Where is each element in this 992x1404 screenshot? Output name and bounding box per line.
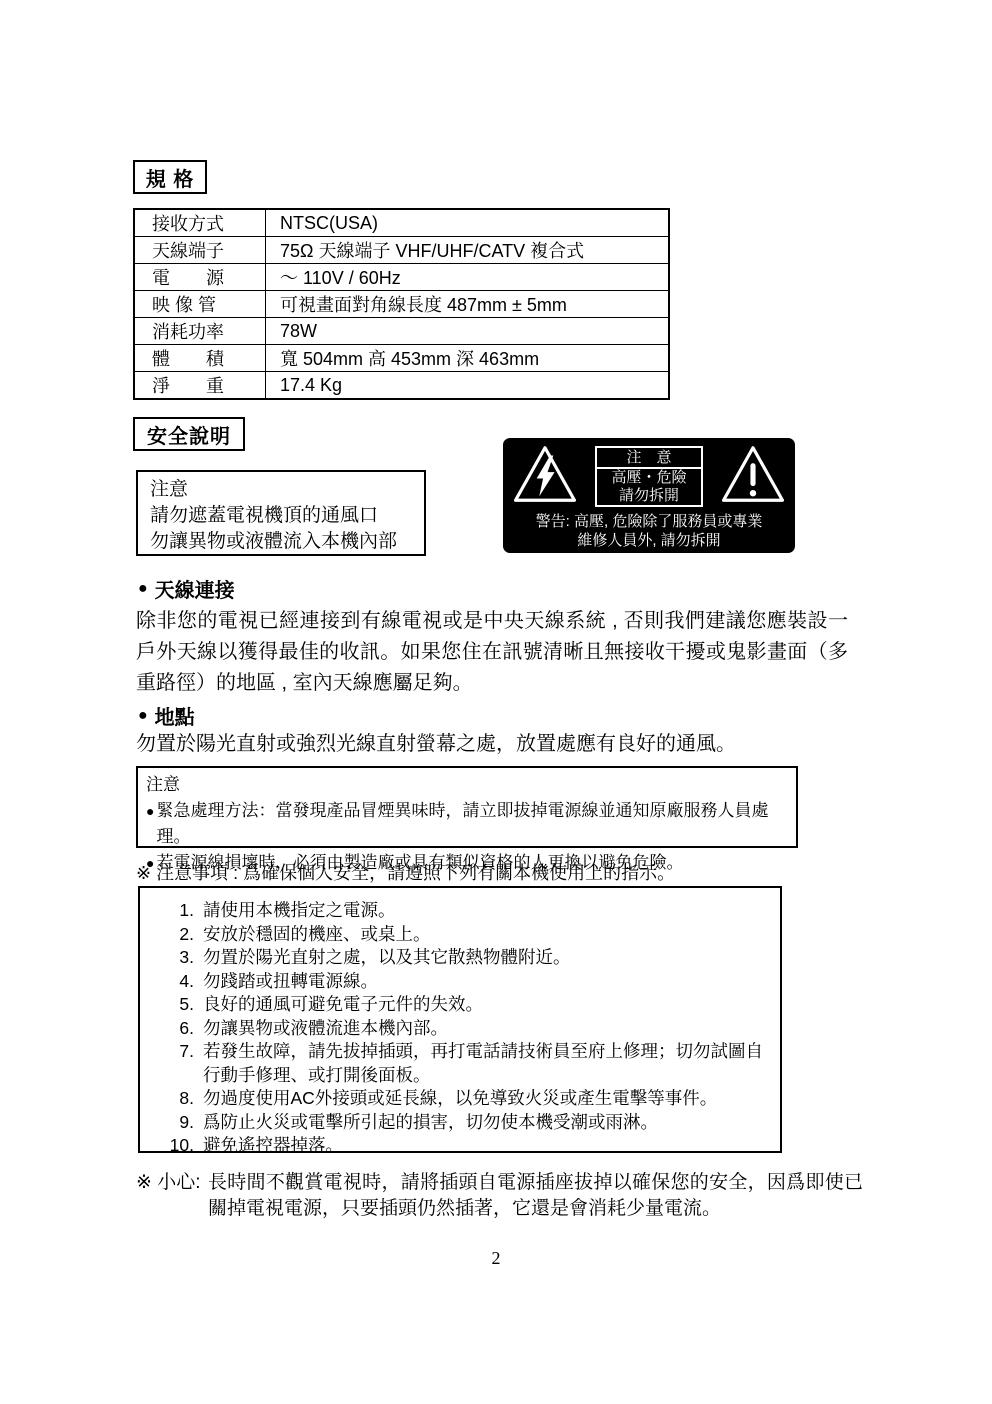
list-item: 7. 若發生故障，請先拔掉插頭，再打電話請技術員至府上修理；切勿試圖自行動手修理… [140,1040,780,1087]
warning-center-line: 高壓・危險 [597,469,701,487]
safety-section-title: 安全說明 [133,417,245,451]
notice-item: ● 緊急處理方法：當發現產品冒煙異味時，請立即拔掉電源線並通知原廠服務人員處理。 [146,798,786,850]
location-heading: ● 地點 [138,701,195,730]
table-row: 體 積 寬 504mm 高 453mm 深 463mm [134,345,669,372]
antenna-paragraph: 除非您的電視已經連接到有線電視或是中央天線系統 , 否則我們建議您應裝設一戶外天… [136,606,848,699]
bullet-icon: ● [146,798,154,850]
spec-table: 接收方式 NTSC(USA) 天線端子 75Ω 天線端子 VHF/UHF/CAT… [133,208,670,400]
table-row: 接收方式 NTSC(USA) [134,209,669,237]
item-number: 9. [140,1111,194,1135]
item-number: 5. [140,993,194,1017]
spec-value: 17.4 Kg [266,372,670,400]
spec-section-title: 規 格 [133,160,207,194]
item-number: 4. [140,970,194,994]
exclamation-triangle-icon [721,445,785,508]
final-caution-body: 長時間不觀賞電視時，請將插頭自電源插座拔掉以確保您的安全，因爲即使已關掉電視電源… [208,1170,863,1222]
item-number: 2. [140,923,194,947]
item-text: 爲防止火災或電擊所引起的損害，切勿使本機受潮或雨淋。 [203,1111,780,1135]
spec-value: ～ 110V / 60Hz [266,264,670,291]
location-heading-label: 地點 [155,701,195,730]
bullet-icon: ● [138,707,148,725]
spec-value: NTSC(USA) [266,209,670,237]
item-number: 8. [140,1087,194,1111]
spec-label: 淨 重 [134,372,266,400]
list-item: 8. 勿過度使用AC外接頭或延長線，以免導致火災或產生電擊等事件。 [140,1087,780,1111]
caution-line: 請勿遮蓋電視機頂的通風口 [150,503,412,529]
list-item: 4. 勿踐踏或扭轉電源線。 [140,970,780,994]
caution-line: 勿讓異物或液體流入本機內部 [150,529,412,555]
spec-label: 電 源 [134,264,266,291]
antenna-heading: ● 天線連接 [138,574,235,603]
caution-title: 注意 [150,477,412,503]
page-number: 2 [0,1248,992,1269]
notice-title: 注意 [146,772,786,798]
item-text: 勿讓異物或液體流進本機內部。 [203,1017,780,1041]
ventilation-caution-box: 注意 請勿遮蓋電視機頂的通風口 勿讓異物或液體流入本機內部 [136,470,426,556]
item-number: 1. [140,899,194,923]
list-item: 1. 請使用本機指定之電源。 [140,899,780,923]
warning-center-title: 注 意 [597,448,701,469]
warning-center-line: 請勿拆開 [597,487,701,505]
list-item: 5. 良好的通風可避免電子元件的失效。 [140,993,780,1017]
spec-value: 75Ω 天線端子 VHF/UHF/CATV 複合式 [266,237,670,264]
final-caution: ※ 小心: 長時間不觀賞電視時，請將插頭自電源插座拔掉以確保您的安全，因爲即使已… [136,1170,863,1222]
list-item: 9. 爲防止火災或電擊所引起的損害，切勿使本機受潮或雨淋。 [140,1111,780,1135]
item-text: 勿置於陽光直射之處，以及其它散熱物體附近。 [203,946,780,970]
item-text: 良好的通風可避免電子元件的失效。 [203,993,780,1017]
notice-item-text: 緊急處理方法：當發現產品冒煙異味時，請立即拔掉電源線並通知原廠服務人員處理。 [156,798,786,850]
high-voltage-warning-label: 注 意 高壓・危險 請勿拆開 警告: 高壓, 危險除了服務員或專業 維修人員外,… [503,438,795,553]
table-row: 消耗功率 78W [134,318,669,345]
item-text: 勿踐踏或扭轉電源線。 [203,970,780,994]
spec-value: 可視畫面對角線長度 487mm ± 5mm [266,291,670,318]
lightning-triangle-icon [513,445,577,508]
item-text: 勿過度使用AC外接頭或延長線，以免導致火災或產生電擊等事件。 [203,1087,780,1111]
list-item: 3. 勿置於陽光直射之處，以及其它散熱物體附近。 [140,946,780,970]
manual-page: 規 格 接收方式 NTSC(USA) 天線端子 75Ω 天線端子 VHF/UHF… [0,0,992,1404]
table-row: 天線端子 75Ω 天線端子 VHF/UHF/CATV 複合式 [134,237,669,264]
spec-label: 天線端子 [134,237,266,264]
list-item: 6. 勿讓異物或液體流進本機內部。 [140,1017,780,1041]
final-caution-prefix: ※ 小心: [136,1170,202,1222]
precautions-lead: ※ 注意事項 : 爲確保個人安全，請遵照下列有關本機使用上的指示。 [136,859,675,885]
warning-text-line: 維修人員外, 請勿拆開 [513,531,785,550]
warning-text-line: 警告: 高壓, 危險除了服務員或專業 [513,512,785,531]
item-text: 安放於穩固的機座、或桌上。 [203,923,780,947]
list-item: 2. 安放於穩固的機座、或桌上。 [140,923,780,947]
item-number: 10. [140,1134,194,1158]
table-row: 電 源 ～ 110V / 60Hz [134,264,669,291]
spec-value: 寬 504mm 高 453mm 深 463mm [266,345,670,372]
table-row: 淨 重 17.4 Kg [134,372,669,400]
emergency-notice-box: 注意 ● 緊急處理方法：當發現產品冒煙異味時，請立即拔掉電源線並通知原廠服務人員… [136,766,798,848]
spec-label: 消耗功率 [134,318,266,345]
item-text: 避免遙控器掉落。 [203,1134,780,1158]
item-number: 3. [140,946,194,970]
item-text: 請使用本機指定之電源。 [203,899,780,923]
table-row: 映 像 管 可視畫面對角線長度 487mm ± 5mm [134,291,669,318]
precautions-list-box: 1. 請使用本機指定之電源。 2. 安放於穩固的機座、或桌上。 3. 勿置於陽光… [138,886,782,1153]
spec-label: 接收方式 [134,209,266,237]
item-text: 若發生故障，請先拔掉插頭，再打電話請技術員至府上修理；切勿試圖自行動手修理、或打… [203,1040,780,1087]
warning-center-box: 注 意 高壓・危險 請勿拆開 [595,446,703,507]
list-item: 10. 避免遙控器掉落。 [140,1134,780,1158]
warning-label-top-row: 注 意 高壓・危險 請勿拆開 [513,445,785,508]
bullet-icon: ● [138,580,148,598]
location-paragraph: 勿置於陽光直射或強烈光線直射螢幕之處，放置處應有良好的通風。 [136,729,876,760]
antenna-heading-label: 天線連接 [155,574,235,603]
spec-label: 映 像 管 [134,291,266,318]
item-number: 7. [140,1040,194,1087]
spec-label: 體 積 [134,345,266,372]
spec-value: 78W [266,318,670,345]
item-number: 6. [140,1017,194,1041]
